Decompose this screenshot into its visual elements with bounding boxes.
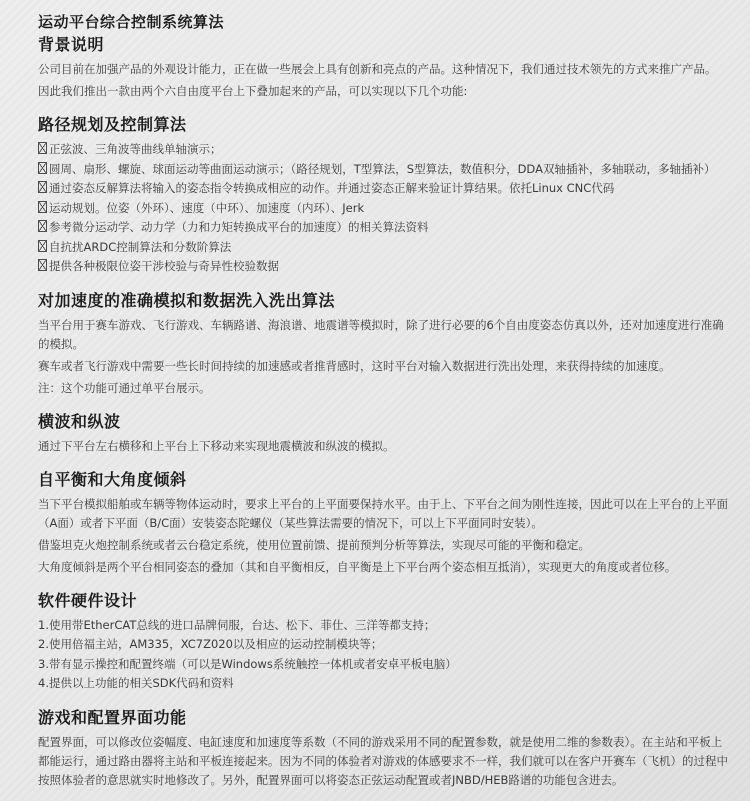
bullet-text: 通过姿态反解算法将输入的姿态指令转换成相应的动作。并通过姿态正解来验证计算结果。…	[49, 181, 614, 195]
bullet-text: 圆周、扇形、螺旋、球面运动等曲面运动演示；（路径规划，T型算法，S型算法，数值积…	[49, 162, 715, 176]
bullet-item: 自抗扰ARDC控制算法和分数阶算法	[38, 238, 732, 258]
missing-glyph-checkbox-icon	[38, 201, 47, 213]
section-heading-balance: 自平衡和大角度倾斜	[38, 469, 732, 491]
game-config-paragraph: 配置界面，可以修改位姿幅度、电缸速度和加速度等系数（不同的游戏采用不同的配置参数…	[38, 733, 732, 790]
missing-glyph-checkbox-icon	[38, 142, 47, 154]
bullet-item: 正弦波、三角波等曲线单轴演示；	[38, 140, 732, 160]
missing-glyph-checkbox-icon	[38, 181, 47, 193]
balance-paragraph-2: 借鉴坦克火炮控制系统或者云台稳定系统，使用位置前馈、提前预判分析等算法，实现尽可…	[38, 536, 732, 555]
numbered-item: 4.提供以上功能的相关SDK代码和资料	[38, 674, 732, 694]
bullet-text: 正弦波、三角波等曲线单轴演示；	[49, 142, 222, 156]
missing-glyph-checkbox-icon	[38, 220, 47, 232]
bullet-text: 参考微分运动学、动力学（力和力矩转换成平台的加速度）的相关算法资料	[49, 220, 429, 234]
bullet-item: 参考微分运动学、动力学（力和力矩转换成平台的加速度）的相关算法资料	[38, 218, 732, 238]
bullet-text: 提供各种极限位姿干涉校验与奇异性校验数据	[49, 259, 279, 273]
missing-glyph-checkbox-icon	[38, 240, 47, 252]
page-title: 运动平台综合控制系统算法	[38, 12, 732, 32]
document-page: 运动平台综合控制系统算法 背景说明 公司目前在加强产品的外观设计能力，正在做一些…	[0, 0, 750, 801]
section-heading-path-planning: 路径规划及控制算法	[38, 114, 732, 136]
section-heading-software-hardware: 软件硬件设计	[38, 590, 732, 612]
missing-glyph-checkbox-icon	[38, 162, 47, 174]
balance-paragraph-3: 大角度倾斜是两个平台相同姿态的叠加（其和自平衡相反，自平衡是上下平台两个姿态相互…	[38, 558, 732, 577]
section-heading-waves: 横波和纵波	[38, 411, 732, 433]
numbered-item: 1.使用带EtherCAT总线的进口品牌伺服，台达、松下、菲仕、三洋等都支持；	[38, 616, 732, 636]
bullet-item: 圆周、扇形、螺旋、球面运动等曲面运动演示；（路径规划，T型算法，S型算法，数值积…	[38, 160, 732, 180]
background-paragraph-2: 因此我们推出一款由两个六自由度平台上下叠加起来的产品，可以实现以下几个功能:	[38, 82, 732, 101]
acceleration-paragraph-1: 当平台用于赛车游戏、飞行游戏、车辆路谱、海浪谱、地震谱等模拟时，除了进行必要的6…	[38, 316, 732, 354]
bullet-item: 运动规划。位姿（外环）、速度（中环）、加速度（内环）、Jerk	[38, 199, 732, 219]
numbered-item: 3.带有显示操控和配置终端（可以是Windows系统触控一体机或者安卓平板电脑）	[38, 655, 732, 675]
section-heading-game-config: 游戏和配置界面功能	[38, 707, 732, 729]
missing-glyph-checkbox-icon	[38, 259, 47, 271]
bullet-text: 自抗扰ARDC控制算法和分数阶算法	[49, 240, 231, 254]
section-heading-acceleration: 对加速度的准确模拟和数据洗入洗出算法	[38, 290, 732, 312]
bullet-item: 通过姿态反解算法将输入的姿态指令转换成相应的动作。并通过姿态正解来验证计算结果。…	[38, 179, 732, 199]
balance-paragraph-1: 当下平台模拟船舶或车辆等物体运动时，要求上平台的上平面要保持水平。由于上、下平台…	[38, 495, 732, 533]
numbered-item: 2.使用倍福主站，AM335，XC7Z020以及相应的运动控制模块等；	[38, 635, 732, 655]
background-paragraph-1: 公司目前在加强产品的外观设计能力，正在做一些展会上具有创新和亮点的产品。这种情况…	[38, 60, 732, 79]
bullet-item: 提供各种极限位姿干涉校验与奇异性校验数据	[38, 257, 732, 277]
section-heading-background: 背景说明	[38, 34, 732, 56]
waves-paragraph: 通过下平台左右横移和上平台上下移动来实现地震横波和纵波的模拟。	[38, 437, 732, 456]
bullet-text: 运动规划。位姿（外环）、速度（中环）、加速度（内环）、Jerk	[49, 201, 364, 215]
acceleration-paragraph-2: 赛车或者飞行游戏中需要一些长时间持续的加速感或者推背感时，这时平台对输入数据进行…	[38, 357, 732, 376]
acceleration-note: 注：这个功能可通过单平台展示。	[38, 379, 732, 398]
